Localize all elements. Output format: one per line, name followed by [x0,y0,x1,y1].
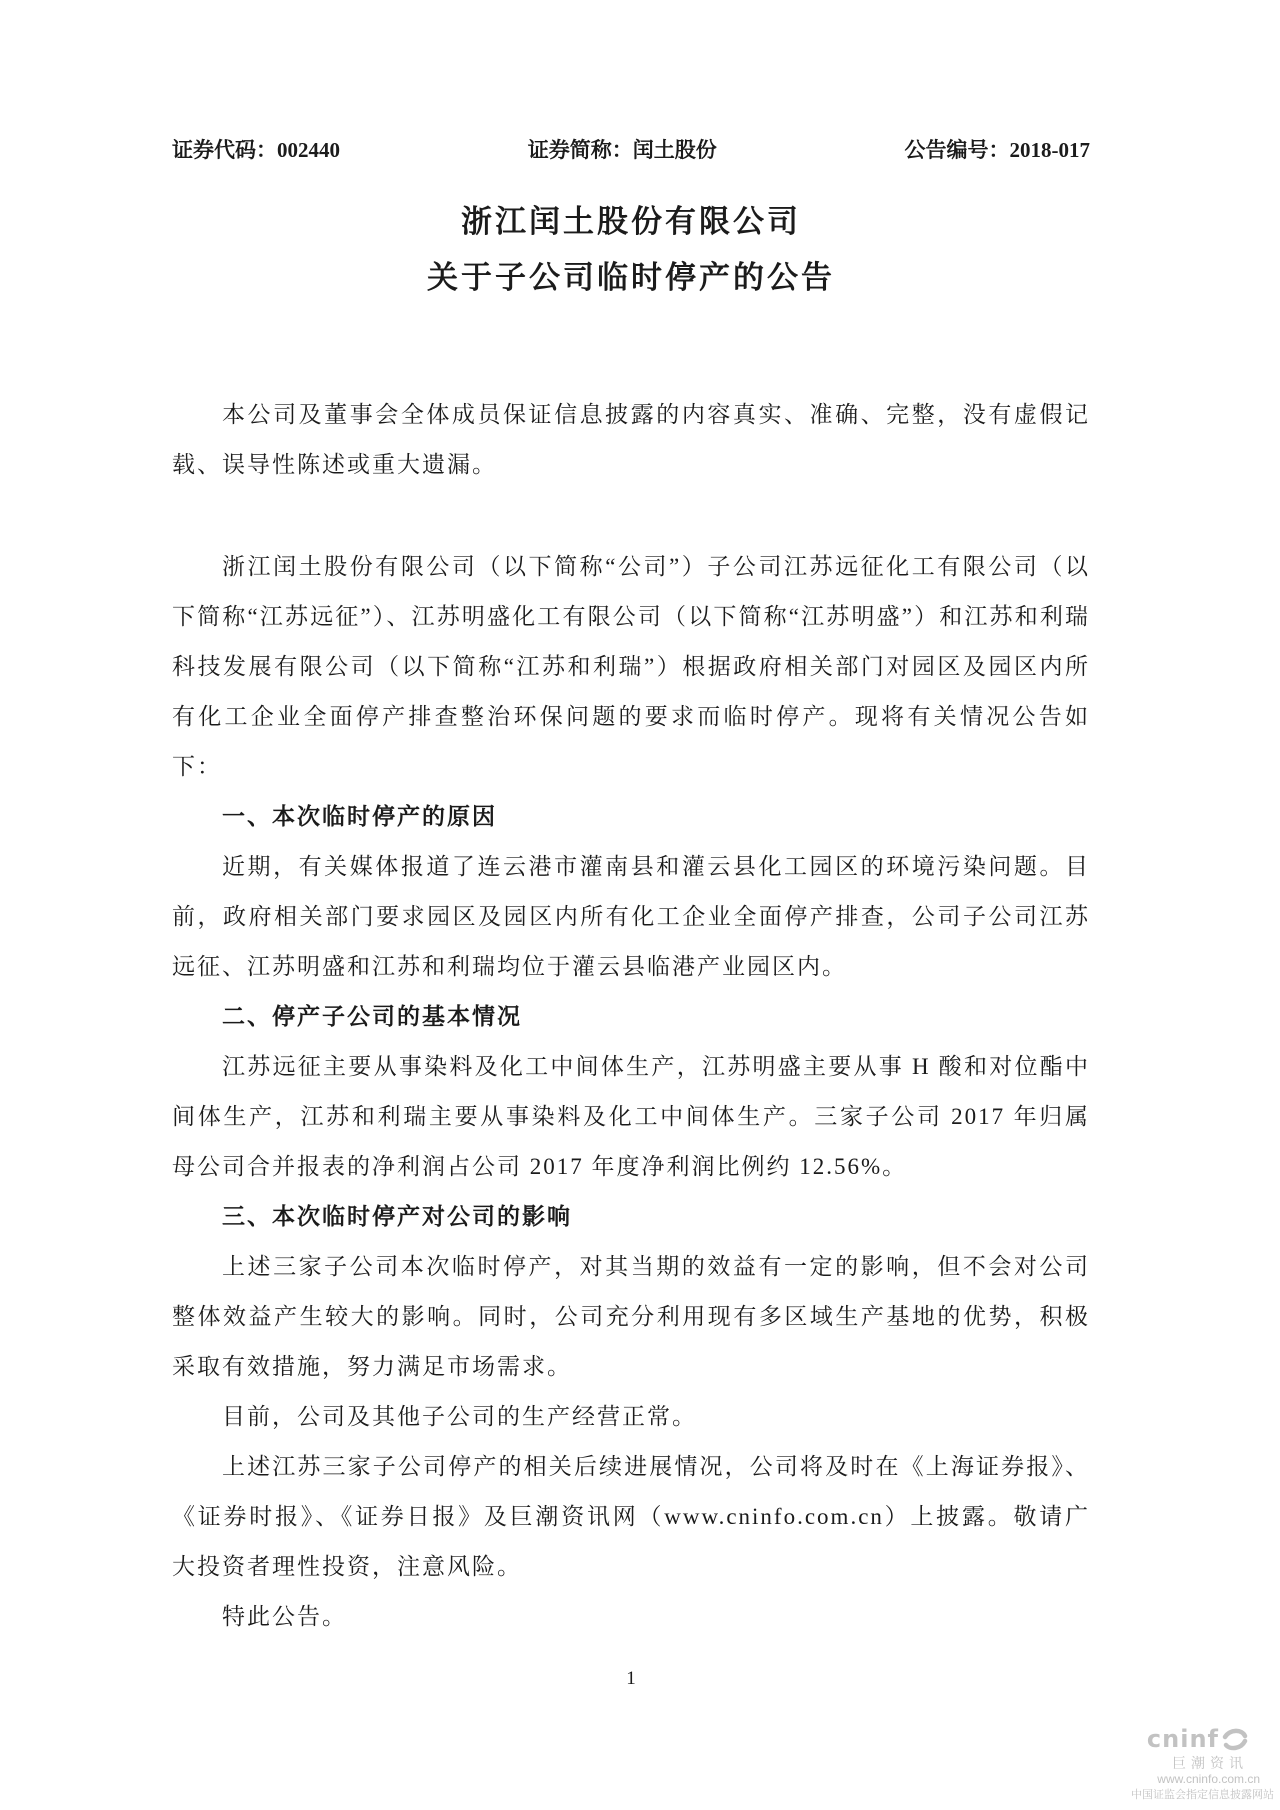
announcement-number: 公告编号：2018-017 [905,134,1091,164]
section-1-heading: 一、本次临时停产的原因 [172,792,1090,842]
document-body: 浙江闰土股份有限公司（以下简称“公司”）子公司江苏远征化工有限公司（以下简称“江… [172,542,1090,1642]
page-number: 1 [172,1668,1090,1690]
document-title-line1: 浙江闰土股份有限公司 [172,194,1090,250]
watermark-brand: 巨潮资讯 [1076,1755,1276,1771]
section-1-paragraph: 近期，有关媒体报道了连云港市灌南县和灌云县化工园区的环境污染问题。目前，政府相关… [172,842,1090,992]
section-3-paragraph: 上述三家子公司本次临时停产，对其当期的效益有一定的影响，但不会对公司整体效益产生… [172,1242,1090,1392]
operations-normal-paragraph: 目前，公司及其他子公司的生产经营正常。 [172,1392,1090,1442]
cninfo-watermark: cninf 巨潮资讯 www.cninfo.com.cn 中国证监会指定信息披露… [1076,1726,1276,1802]
section-2-heading: 二、停产子公司的基本情况 [172,992,1090,1042]
disclosure-paragraph: 上述江苏三家子公司停产的相关后续进展情况，公司将及时在《上海证券报》、《证券时报… [172,1442,1090,1592]
stock-code: 证券代码：002440 [172,134,340,164]
announcement-page: 证券代码：002440 证券简称：闰土股份 公告编号：2018-017 浙江闰土… [0,0,1280,1810]
watermark-tagline: 中国证监会指定信息披露网站 [1076,1789,1276,1802]
watermark-url: www.cninfo.com.cn [1076,1773,1276,1787]
document-title: 浙江闰土股份有限公司 关于子公司临时停产的公告 [172,194,1090,306]
section-2-paragraph: 江苏远征主要从事染料及化工中间体生产，江苏明盛主要从事 H 酸和对位酯中间体生产… [172,1042,1090,1192]
board-statement: 本公司及董事会全体成员保证信息披露的内容真实、准确、完整，没有虚假记载、误导性陈… [172,390,1090,490]
intro-paragraph: 浙江闰土股份有限公司（以下简称“公司”）子公司江苏远征化工有限公司（以下简称“江… [172,542,1090,792]
section-3-heading: 三、本次临时停产对公司的影响 [172,1192,1090,1242]
cninfo-logo: cninf [1076,1726,1276,1754]
document-title-line2: 关于子公司临时停产的公告 [172,250,1090,306]
cninfo-logo-text: cninf [1147,1726,1219,1754]
closing-paragraph: 特此公告。 [172,1592,1090,1642]
stock-abbr: 证券简称：闰土股份 [528,134,717,164]
document-header: 证券代码：002440 证券简称：闰土股份 公告编号：2018-017 [172,134,1090,164]
cninfo-swirl-icon [1222,1727,1248,1753]
